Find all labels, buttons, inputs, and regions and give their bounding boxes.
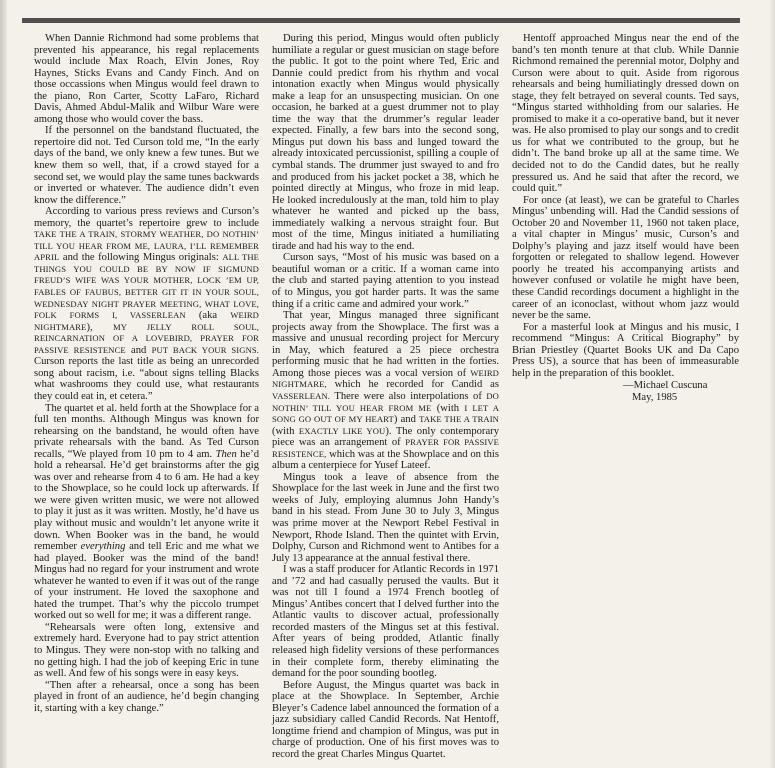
paragraph: For a masterful look at Mingus and his m… [512,322,739,380]
booklet-page: When Dannie Richmond had some problems t… [0,0,775,768]
text-column-1: When Dannie Richmond had some problems t… [34,33,259,714]
paragraph: If the personnel on the bandstand fluctu… [34,125,259,206]
paragraph-rehearsals: The quartet et al. held forth at the Sho… [34,403,259,622]
text-column-2: During this period, Mingus would often p… [272,33,499,760]
page-edge-shadow [769,0,775,768]
emphasis: Then [216,449,237,460]
song-title: VASSERLEAN. [272,391,330,401]
paragraph: I was a staff producer for Atlantic Reco… [272,564,499,679]
paragraph: During this period, Mingus would often p… [272,33,499,252]
paragraph: Mingus took a leave of absence from the … [272,472,499,564]
signature-date: May, 1985 [512,392,739,404]
paragraph: When Dannie Richmond had some problems t… [34,33,259,125]
signature: —Michael Cuscuna May, 1985 [512,380,739,403]
song-title: TAKE THE A TRAIN [419,414,499,424]
emphasis: everything [81,541,126,552]
top-rule [22,18,740,23]
paragraph: “Then after a rehearsal, once a song has… [34,680,259,715]
paragraph: Curson says, “Most of his music was base… [272,252,499,310]
song-title: EXACTLY LIKE YOU [299,426,385,436]
song-title: PUT BACK YOUR SIGNS. [152,345,259,355]
page-spine-shadow [0,0,7,768]
paragraph-projects: That year, Mingus managed three signific… [272,310,499,472]
signature-author: —Michael Cuscuna [512,380,739,392]
text-column-3: Hentoff approached Mingus near the end o… [512,33,739,404]
paragraph: “Rehearsals were often long, extensive a… [34,622,259,680]
paragraph: Before August, the Mingus quartet was ba… [272,680,499,761]
paragraph: For once (at least), we can be grateful … [512,195,739,322]
paragraph-repertoire: According to various press reviews and C… [34,206,259,402]
paragraph: Hentoff approached Mingus near the end o… [512,33,739,195]
